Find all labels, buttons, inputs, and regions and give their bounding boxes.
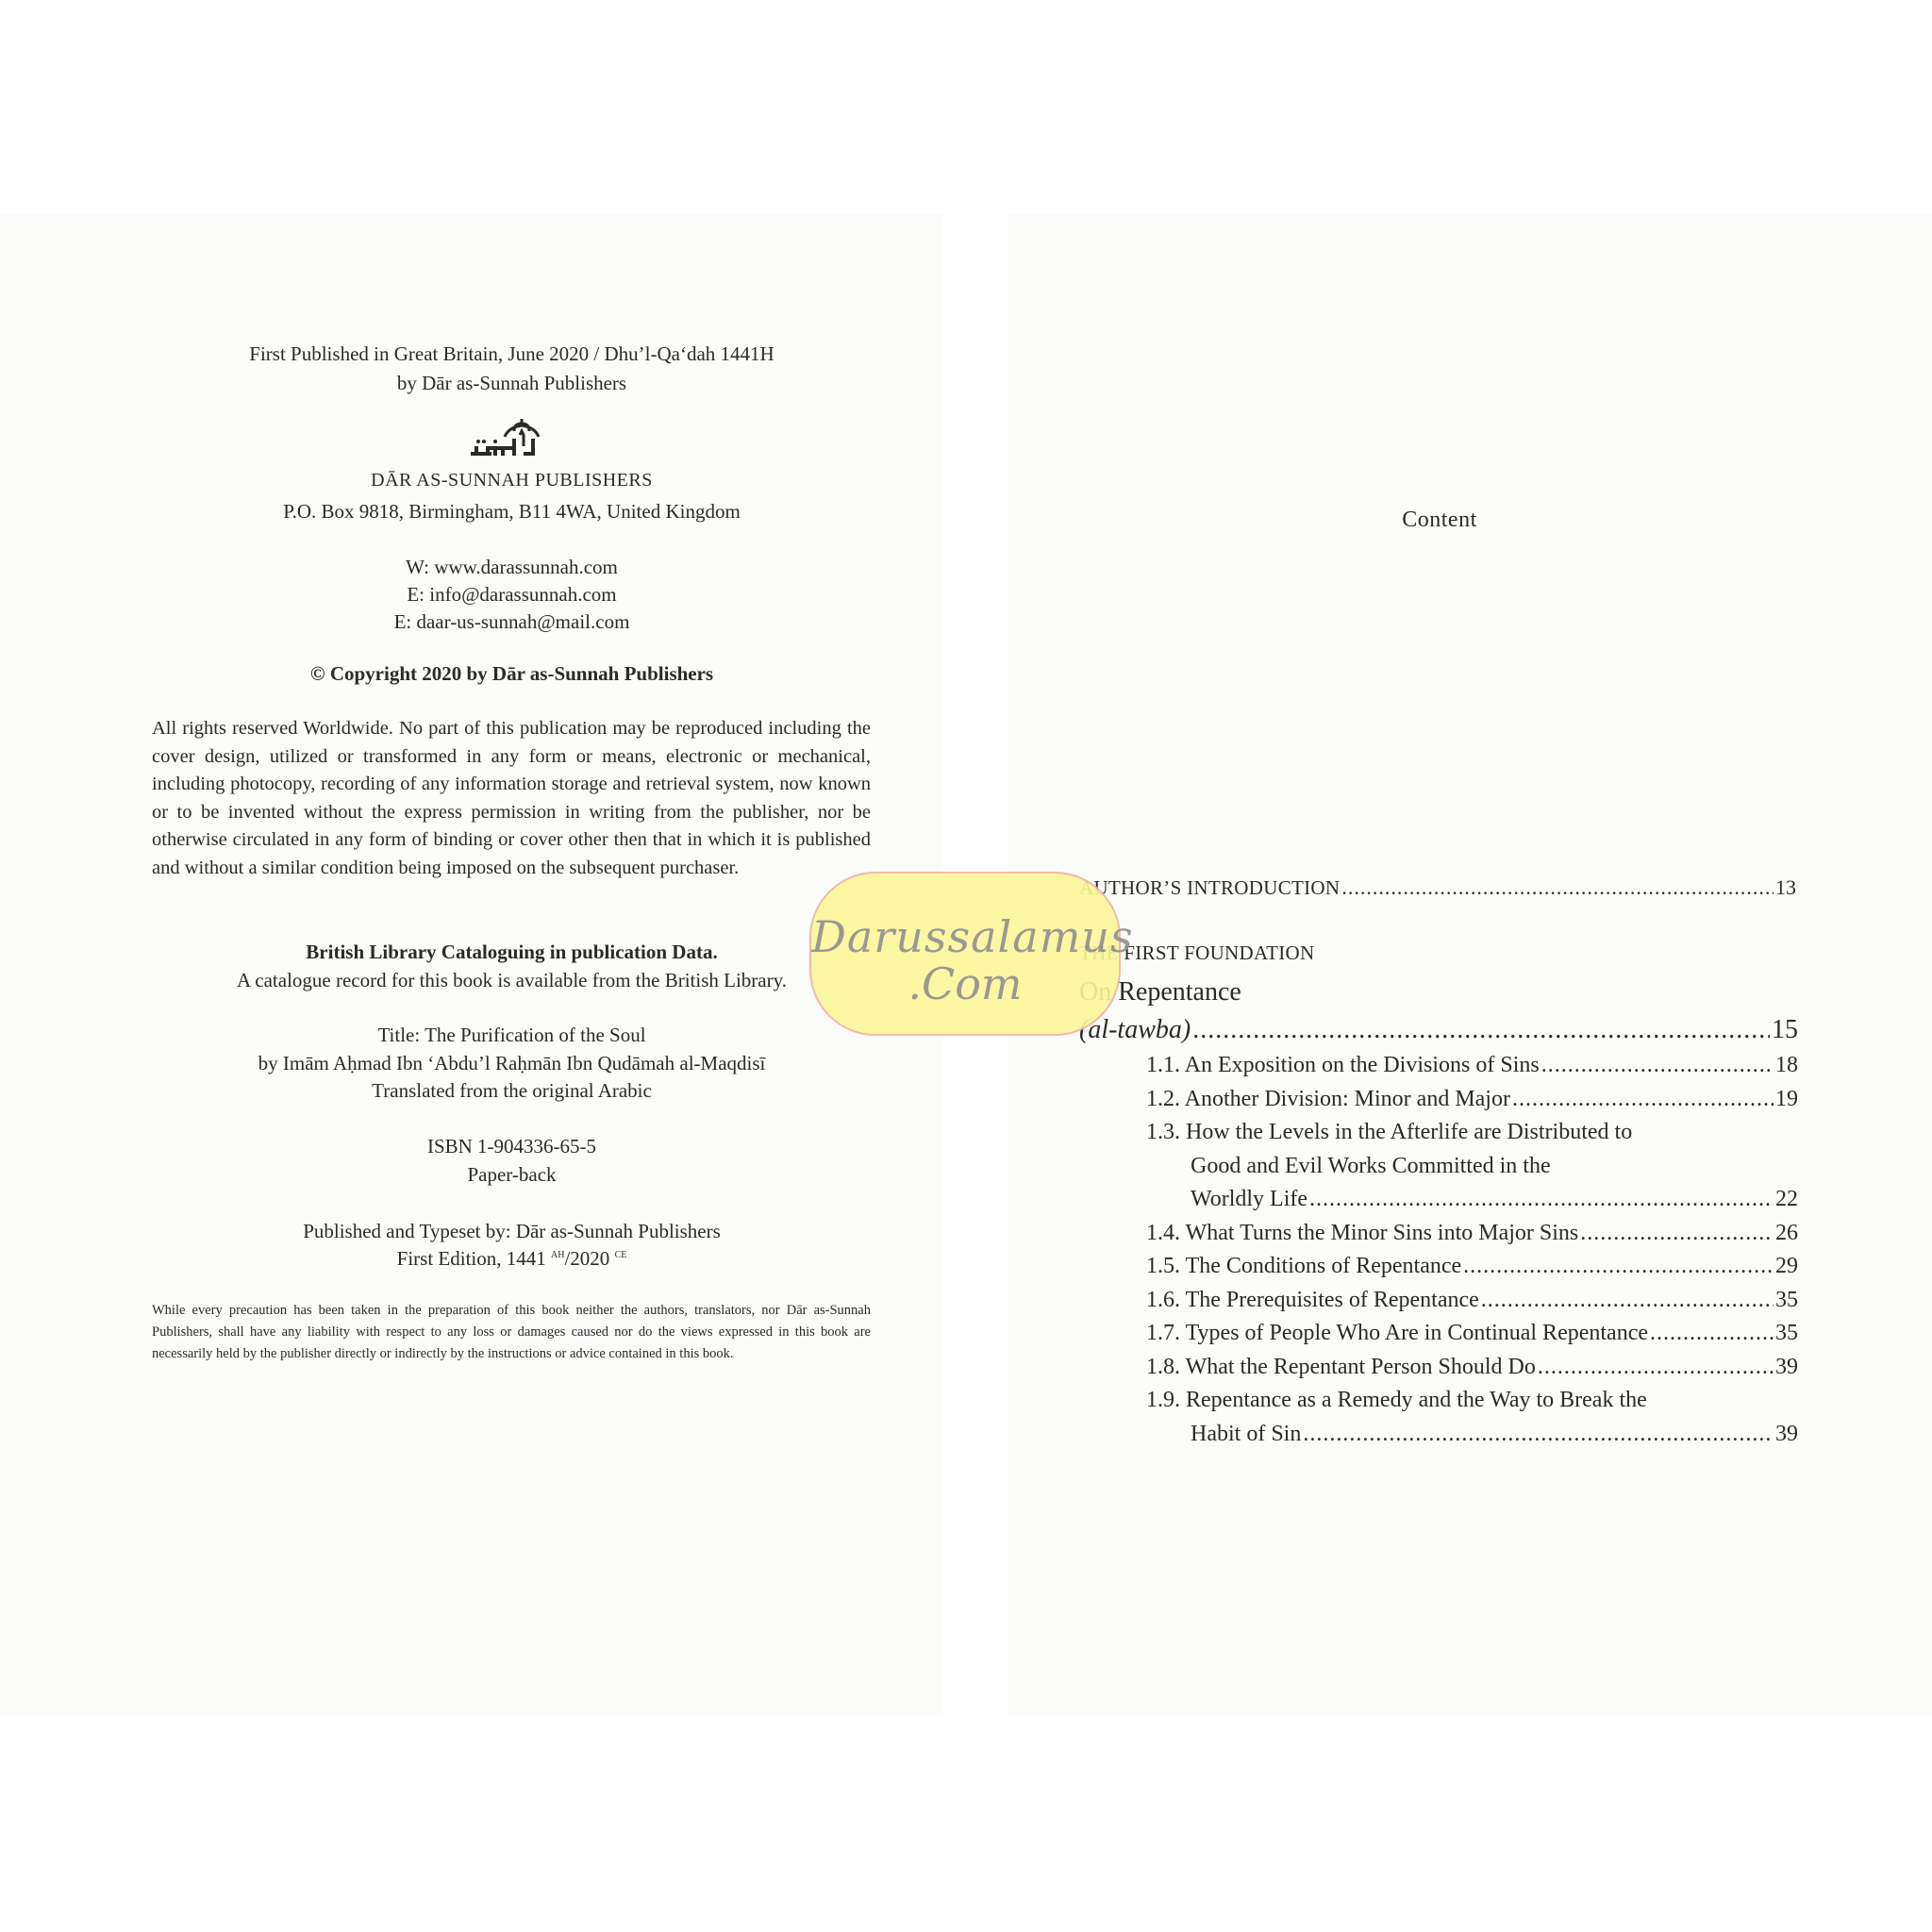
translation-note: Translated from the original Arabic bbox=[0, 1076, 1024, 1105]
isbn: ISBN 1-904336-65-5 bbox=[0, 1132, 1024, 1160]
leader-dots bbox=[1538, 1355, 1774, 1380]
leader-dots bbox=[1580, 1221, 1774, 1246]
published-typeset-line: Published and Typeset by: Dār as-Sunnah … bbox=[0, 1217, 1024, 1245]
toc-entry-line: 1.9. Repentance as a Remedy and the Way … bbox=[1146, 1388, 1647, 1413]
toc-entry[interactable]: Habit of Sin39 bbox=[1191, 1422, 1798, 1447]
toc-entry-introduction[interactable]: AUTHOR’S INTRODUCTION13 bbox=[1079, 875, 1796, 900]
toc-entry[interactable]: 1.1. An Exposition on the Divisions of S… bbox=[1146, 1053, 1798, 1078]
leader-dots bbox=[1341, 875, 1774, 900]
book-format: Paper-back bbox=[0, 1160, 1024, 1189]
email-link-info[interactable]: E: info@darassunnah.com bbox=[0, 580, 1024, 608]
toc-entry[interactable]: 1.4. What Turns the Minor Sins into Majo… bbox=[1146, 1221, 1798, 1246]
rights-reserved-paragraph: All rights reserved Worldwide. No part o… bbox=[152, 715, 871, 882]
toc-entry[interactable]: 1.5. The Conditions of Repentance29 bbox=[1146, 1254, 1798, 1279]
leader-dots bbox=[1192, 1015, 1770, 1045]
leader-dots bbox=[1303, 1422, 1774, 1447]
toc-entry[interactable]: 1.8. What the Repentant Person Should Do… bbox=[1146, 1355, 1798, 1380]
leader-dots bbox=[1309, 1187, 1774, 1212]
toc-entry[interactable]: 1.6. The Prerequisites of Repentance35 bbox=[1146, 1288, 1798, 1313]
edition-line: First Edition, 1441 AH/2020 CE bbox=[0, 1244, 1024, 1273]
copyright-notice: © Copyright 2020 by Dār as-Sunnah Publis… bbox=[0, 659, 1024, 688]
toc-entry-foundation[interactable]: (al-tawba) 15 bbox=[1079, 1015, 1798, 1045]
toc-entry[interactable]: 1.2. Another Division: Minor and Major 1… bbox=[1146, 1087, 1798, 1112]
publisher-name: DĀR AS-SUNNAH PUBLISHERS bbox=[0, 470, 1024, 491]
toc-entry[interactable]: 1.7. Types of People Who Are in Continua… bbox=[1146, 1321, 1798, 1346]
toc-entry[interactable]: Worldly Life22 bbox=[1191, 1187, 1798, 1212]
dar-as-sunnah-logo-icon bbox=[467, 418, 557, 461]
leader-dots bbox=[1481, 1288, 1774, 1313]
contents-heading: Content bbox=[1392, 508, 1487, 533]
leader-dots bbox=[1541, 1053, 1774, 1078]
disclaimer-paragraph: While every precaution has been taken in… bbox=[152, 1300, 871, 1365]
darussalamus-watermark: Darussalamus .Com bbox=[809, 872, 1121, 1036]
leader-dots bbox=[1512, 1087, 1774, 1112]
by-publisher-line: by Dār as-Sunnah Publishers bbox=[0, 369, 1024, 397]
email-link-daar[interactable]: E: daar-us-sunnah@mail.com bbox=[0, 608, 1024, 636]
book-author: by Imām Aḥmad Ibn ‘Abdu’l Raḥmān Ibn Qud… bbox=[0, 1049, 1024, 1077]
toc-entry-line: 1.3. How the Levels in the Afterlife are… bbox=[1146, 1120, 1632, 1145]
publisher-address: P.O. Box 9818, Birmingham, B11 4WA, Unit… bbox=[0, 497, 1024, 525]
website-link[interactable]: W: www.darassunnah.com bbox=[0, 553, 1024, 581]
leader-dots bbox=[1463, 1254, 1774, 1279]
toc-entry-line: Good and Evil Works Committed in the bbox=[1191, 1154, 1551, 1179]
leader-dots bbox=[1650, 1321, 1774, 1346]
contents-page bbox=[1008, 214, 1932, 1716]
first-published-line: First Published in Great Britain, June 2… bbox=[0, 340, 1024, 368]
